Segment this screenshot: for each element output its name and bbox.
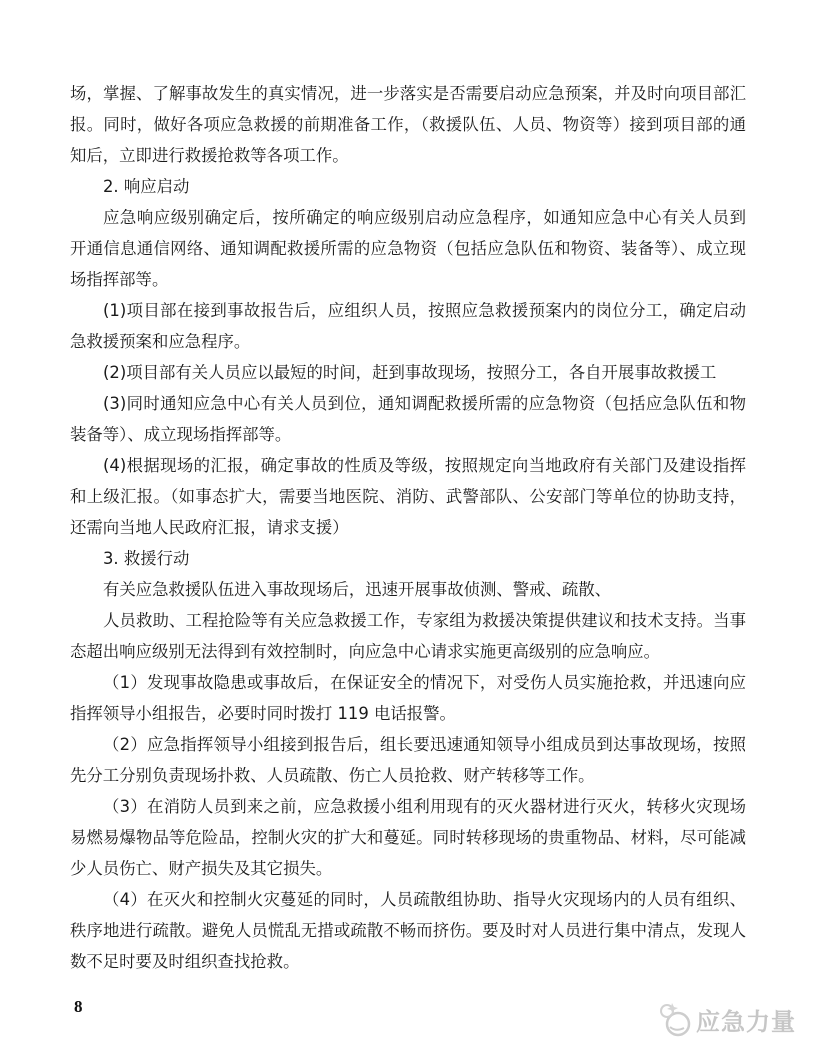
text-line: 3. 救援行动 — [70, 543, 746, 574]
text-line: 2. 响应启动 — [70, 171, 746, 202]
text-line: 少人员伤亡、财产损失及其它损失。 — [70, 853, 746, 884]
document-body: 场，掌握、了解事故发生的真实情况，进一步落实是否需要启动应急预案，并及时向项目部… — [70, 78, 746, 977]
text-line: 易燃易爆物品等危险品，控制火灾的扩大和蔓延。同时转移现场的贵重物品、材料，尽可能… — [70, 822, 746, 853]
watermark-text: 应急力量 — [696, 1002, 796, 1037]
text-line: （4）在灭火和控制火灾蔓延的同时，人员疏散组协助、指导火灾现场内的人员有组织、有 — [70, 884, 746, 915]
text-line: 报。同时，做好各项应急救援的前期准备工作，（救援队伍、人员、物资等）接到项目部的… — [70, 109, 746, 140]
watermark: 应急力量 — [658, 1000, 796, 1038]
text-line: (3)同时通知应急中心有关人员到位，通知调配救援所需的应急物资（包括应急队伍和物… — [70, 388, 746, 419]
text-line: (4)根据现场的汇报，确定事故的性质及等级，按照规定向当地政府有关部门及建设指挥… — [70, 450, 746, 481]
text-line: （2）应急指挥领导小组接到报告后，组长要迅速通知领导小组成员到达事故现场，按照事 — [70, 729, 746, 760]
text-line: 人员救助、工程抢险等有关应急救援工作，专家组为救援决策提供建议和技术支持。当事 — [70, 605, 746, 636]
text-line: 知后，立即进行救援抢救等各项工作。 — [70, 140, 746, 171]
text-line: 急救援预案和应急程序。 — [70, 326, 746, 357]
text-line: 和上级汇报。（如事态扩大，需要当地医院、消防、武警部队、公安部门等单位的协助支持… — [70, 481, 746, 512]
text-line: 场指挥部等。 — [70, 264, 746, 295]
document-page: 场，掌握、了解事故发生的真实情况，进一步落实是否需要启动应急预案，并及时向项目部… — [0, 0, 816, 1056]
text-line: 还需向当地人民政府汇报，请求支援） — [70, 512, 746, 543]
text-line: (2)项目部有关人员应以最短的时间，赶到事故现场，按照分工，各自开展事故救援工作… — [70, 357, 746, 388]
text-line: 场，掌握、了解事故发生的真实情况，进一步落实是否需要启动应急预案，并及时向项目部… — [70, 78, 746, 109]
text-line: （1）发现事故隐患或事故后，在保证安全的情况下，对受伤人员实施抢救，并迅速向应急 — [70, 667, 746, 698]
text-line: 装备等）、成立现场指挥部等。 — [70, 419, 746, 450]
text-line: 应急响应级别确定后，按所确定的响应级别启动应急程序，如通知应急中心有关人员到位， — [70, 202, 746, 233]
text-line: 数不足时要及时组织查找抢救。 — [70, 946, 746, 977]
text-line: 先分工分别负责现场扑救、人员疏散、伤亡人员抢救、财产转移等工作。 — [70, 760, 746, 791]
text-line: 态超出响应级别无法得到有效控制时，向应急中心请求实施更高级别的应急响应。 — [70, 636, 746, 667]
page-number: 8 — [74, 997, 83, 1017]
emergency-power-logo-icon — [658, 1000, 692, 1038]
text-line: 开通信息通信网络、通知调配救援所需的应急物资（包括应急队伍和物资、装备等）、成立… — [70, 233, 746, 264]
text-line: (1)项目部在接到事故报告后，应组织人员，按照应急救援预案内的岗位分工，确定启动… — [70, 295, 746, 326]
text-line: 秩序地进行疏散。避免人员慌乱无措或疏散不畅而挤伤。要及时对人员进行集中清点，发现… — [70, 915, 746, 946]
text-line: 指挥领导小组报告，必要时同时拨打 119 电话报警。 — [70, 698, 746, 729]
text-line: （3）在消防人员到来之前，应急救援小组利用现有的灭火器材进行灭火，转移火灾现场的 — [70, 791, 746, 822]
text-line: 有关应急救援队伍进入事故现场后，迅速开展事故侦测、警戒、疏散、 — [70, 574, 746, 605]
